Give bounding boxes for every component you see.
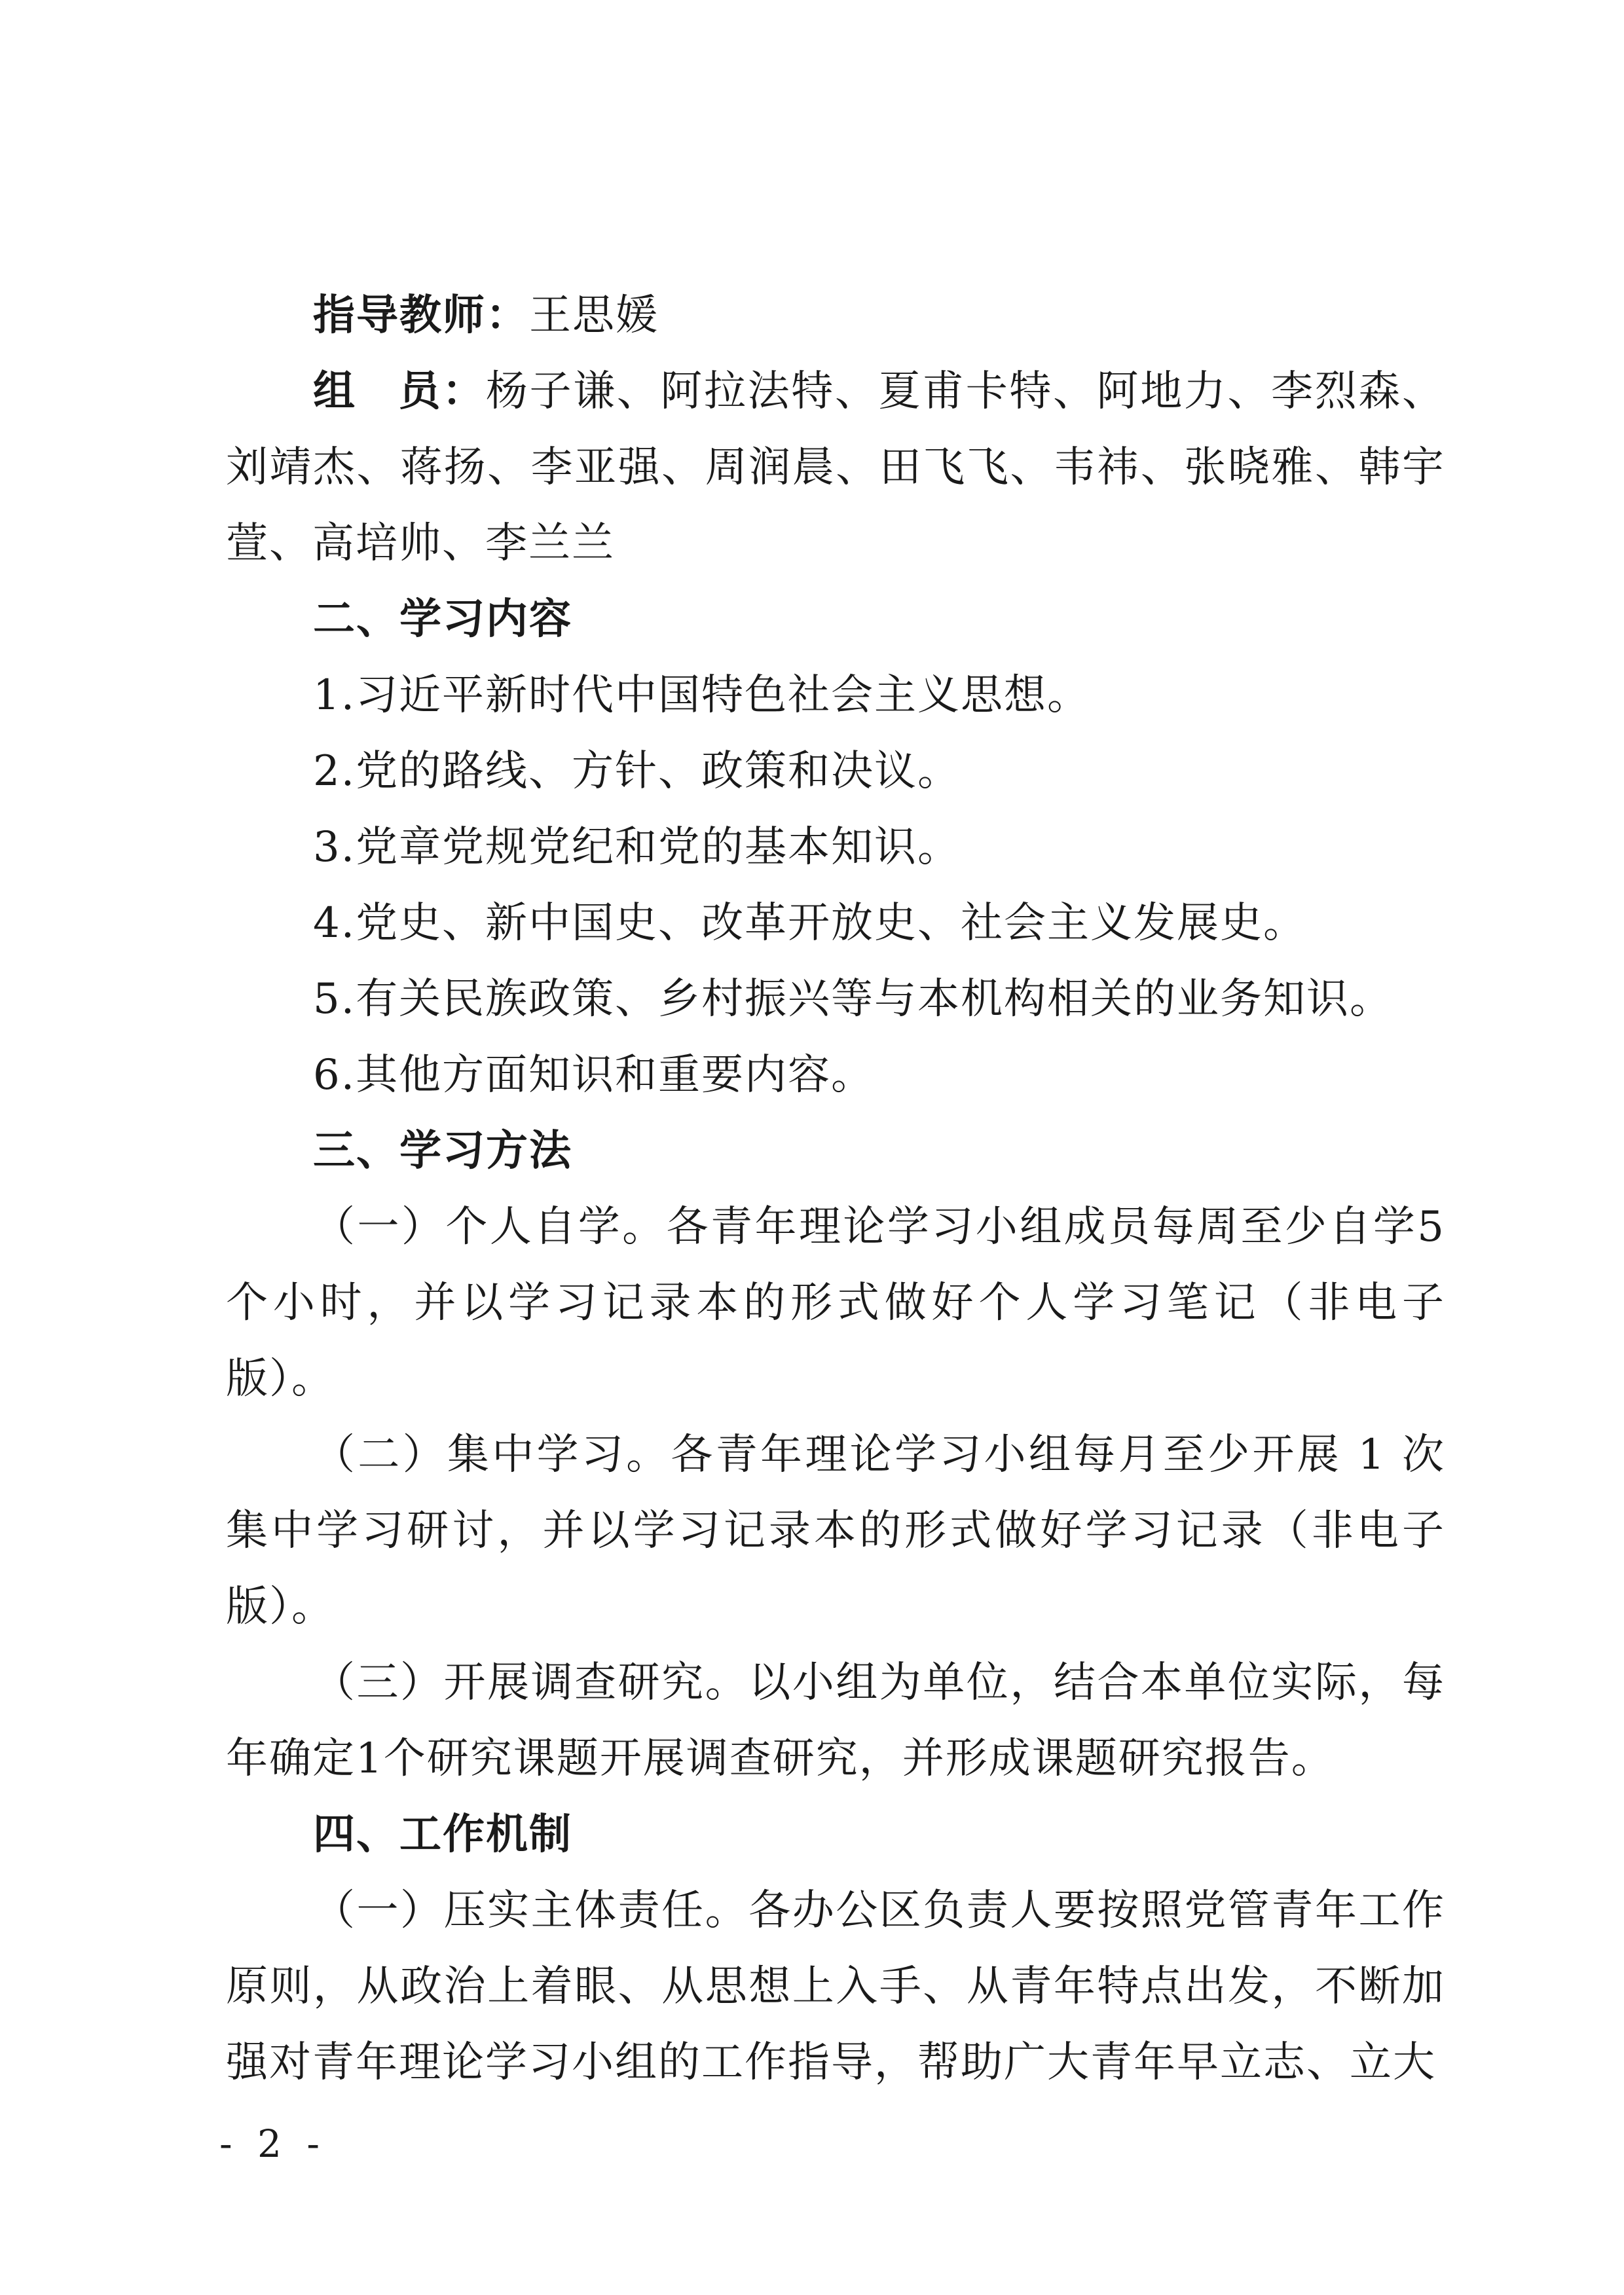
advisor-name: 王思媛 — [529, 291, 659, 340]
method-item: （二）集中学习。各青年理论学习小组每月至少开展 1 次集中学习研讨，并以学习记录… — [226, 1417, 1445, 1645]
advisor-line: 指导教师：王思媛 — [226, 278, 1445, 354]
method-item: （一）个人自学。各青年理论学习小组成员每周至少自学5个小时，并以学习记录本的形式… — [226, 1189, 1445, 1417]
content-item: 4.党史、新中国史、改革开放史、社会主义发展史。 — [226, 885, 1445, 961]
section-heading-content: 二、学习内容 — [226, 581, 1445, 657]
method-item: （三）开展调查研究。以小组为单位，结合本单位实际，每年确定1个研究课题开展调查研… — [226, 1645, 1445, 1797]
section-heading-methods: 三、学习方法 — [226, 1113, 1445, 1189]
content-item: 2.党的路线、方针、政策和决议。 — [226, 733, 1445, 809]
content-item: 3.党章党规党纪和党的基本知识。 — [226, 809, 1445, 885]
document-page: 指导教师：王思媛 组员：杨子谦、阿拉法特、夏甫卡特、阿地力、李烈森、刘靖杰、蒋扬… — [226, 278, 1445, 2101]
members-line: 组员：杨子谦、阿拉法特、夏甫卡特、阿地力、李烈森、刘靖杰、蒋扬、李亚强、周润晨、… — [226, 354, 1445, 581]
section-heading-mechanism: 四、工作机制 — [226, 1797, 1445, 1873]
members-label-char1: 组 — [313, 367, 399, 416]
content-item: 6.其他方面知识和重要内容。 — [226, 1037, 1445, 1113]
page-number: - 2 - — [219, 2121, 326, 2166]
mechanism-item: （一）压实主体责任。各办公区负责人要按照党管青年工作原则，从政治上着眼、从思想上… — [226, 1873, 1445, 2101]
advisor-label: 指导教师： — [313, 291, 529, 340]
members-label-char2: 员： — [399, 367, 486, 416]
content-item: 1.习近平新时代中国特色社会主义思想。 — [226, 657, 1445, 733]
content-item: 5.有关民族政策、乡村振兴等与本机构相关的业务知识。 — [226, 961, 1445, 1037]
